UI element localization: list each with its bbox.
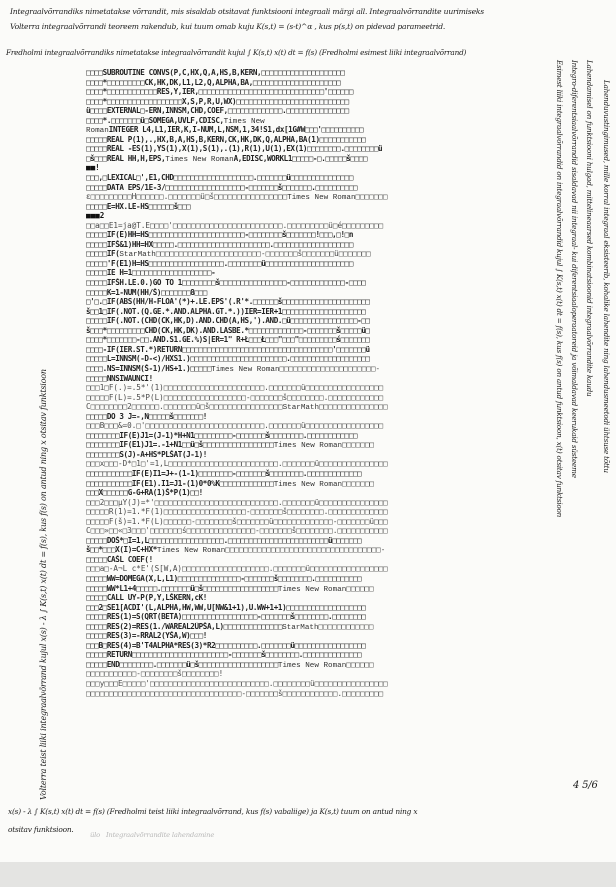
listing-line: □□□,□LEXICAL□',E1,CHD□□□□□□□□□□□□□□□□□□□…: [86, 173, 542, 183]
listing-line: □□□□□IF(StarMath□□□□□□□□□□□□□□□□□□□□□□□-…: [86, 249, 542, 259]
listing-line: □□□2□SE1[ACDI'(L,ALPHA,HW,WW,U[NW&1+1),U…: [86, 603, 542, 613]
listing-line: □□□□*□□□□□□□□□CK,HK,DK,L1,L2,Q,ALPHA,BA,…: [86, 78, 542, 88]
listing-line: š□□*□□□X(I)=C+HX*Times New Roman□□□□□□□□…: [86, 545, 542, 555]
listing-line: □□□□□REAL -ES(1),YS(1),X(1),S(1),.(1),R(…: [86, 144, 542, 154]
listing-line: □□□□*.□□□□□□□ü□SOMEGA,UVLF,CDISC,Times N…: [86, 116, 542, 126]
footer-page-marks: ülo: [90, 831, 100, 839]
listing-line: □□□□□L=INNSM(-D-<)/HXS1.)□□□□□□□□□□□□□□□…: [86, 354, 542, 364]
listing-line: □□□□□DATA EPS/1E-3/□□□□□□□□□□□□□□□□□□□-□…: [86, 183, 542, 193]
corner-mark: 4 5/6: [573, 781, 598, 791]
listing-line: □'□.□IF(ABS(HH/H-FLOA'(*)+.LE.EPS'(.R'*.…: [86, 297, 542, 307]
listing-line: □□□y□□□E□□□□□'□□□□□□□□□□□□□□□□□□□□□□□□□□…: [86, 679, 542, 689]
listing-line: □□□□*□□□□□□□-□□.AND.S1.GE.%)S|ER=1" R+Ł□…: [86, 335, 542, 345]
left-margin-note: Volterra teist liiki integraalvõrrand ku…: [40, 369, 48, 800]
listing-line: □□□□□F(L)=.5*P(L)□□□□□□□□□□□□□□□□□□-□□□□…: [86, 393, 542, 403]
listing-line: □□□1□F(.)=.5*'(1)□□□□□□□□□□□□□□□□□□□□□□.…: [86, 383, 542, 393]
listing-line: □□□B□□□&=0.□'□□□□□□□□□□□□□□□□□□□□□□□□□□.…: [86, 421, 542, 431]
listing-line: □□□□□CAŠL COEF(!: [86, 555, 542, 565]
listing-line: □□□□□F(š)=1.*F(L)□□□□□□-□□□□□□□□š□□□□□□□…: [86, 517, 542, 527]
listing-line: □□□□□□□□□□□-□□□□□□□□š□□□□□□□□!: [86, 669, 542, 679]
listing-line: ■■!: [86, 163, 542, 173]
scanned-page: Integraalvõrrandiks nimetatakse võrrandi…: [0, 0, 616, 862]
listing-line: □□□□□E=HX.LE-HS□□□□□□š□□□: [86, 202, 542, 212]
faint-footer-text: ülo Integraalvõrrandite lahendamine: [90, 832, 214, 839]
listing-line: š□□1□IF(.NOT.(Q.GE.*.AND.ALPHA.GT.*.))IE…: [86, 307, 542, 317]
listing-line: □□□a□-A¬L c*E'(S[W,A)□□□□□□□□□□□□□□□□□□□…: [86, 564, 542, 574]
handwritten-note-top-2: Volterra integraalvõrrandi teoreem raken…: [10, 23, 445, 31]
footer-faint-title: Integraalvõrrandite lahendamine: [106, 831, 214, 839]
listing-line: □š□□□REAL HH,H,EPS,Times New RomanA,EDIS…: [86, 154, 542, 164]
right-margin-note-3: Lahendamisel on funktsiooni hulgad, mitt…: [586, 60, 593, 396]
listing-line: □□□B□RES(4)=B'T4ALPHA*RES(3)*R2□□□□□□□□□…: [86, 641, 542, 651]
listing-line: ε□□□□□□□□□H□□□□□□.□□□□□□□ü□š□□□□□□□□□□□□…: [86, 192, 542, 202]
listing-line: C□□□□□□□□2□□□□□□.□□□□□□□ü□š□□□□□□□□□□□□□…: [86, 402, 542, 412]
listing-line: □□□□□NNSIWAUNCI!: [86, 374, 542, 384]
handwritten-note-bottom-1: x(s) - λ ∫ K(s,t) x(t) dt = f(s) (Fredho…: [8, 808, 417, 815]
listing-line: □□□X□□□□□□G-G+RA(1)Š*P(1)□□!: [86, 488, 542, 498]
listing-line: □□□□□RES(3)=-RRAL2(YŠA,W)□□□!: [86, 631, 542, 641]
listing-line: □□□□□□□□IF(E1)J1=.-1+N1□□ü□š□□□□□□□□□□□□…: [86, 440, 542, 450]
listing-line: □□□□□DOŠ*□I=1,L□□□□□□□□□□□□□□□□□□.□□□□□□…: [86, 536, 542, 546]
listing-line: RomanINTEGER L4,L1,IER,K,I-NUM,L,NSM,1,3…: [86, 125, 542, 135]
listing-line: □□□□□□□□□□□□□□□□□□□□□□□□□□□□□□□□□□-□□□□□…: [86, 689, 542, 699]
right-margin-note-2: Integro-diferentsiaalvõrrandid sisaldava…: [571, 60, 578, 478]
handwritten-note-top-1: Integraalvõrrandiks nimetatakse võrrandi…: [10, 8, 484, 16]
listing-line: ü□□□□EXTERNAL□-ERN,INNSM,CHD,COEF,□□□□□□…: [86, 106, 542, 116]
listing-line: □□□□□□□□□□□IF(E1).I1=J1-(1)0*0%K□□□□□□□□…: [86, 479, 542, 489]
listing-line: š□□□*□□□□□□□□□CHD(CK,HK,DK).AND.LASBE.*□…: [86, 326, 542, 336]
listing-line: □□□□□REAL P(1),.,HX,B,A,HS,B,KERN,CK,HK,…: [86, 135, 542, 145]
listing-line: □□□□□K=1-NUM(HH/Š)□□□□□□□8□□□: [86, 288, 542, 298]
listing-line: □□□□□IE H=1□□□□□□□□□□□□□□□□□□□-: [86, 268, 542, 278]
listing-line: □□□□□WW=DOMEGA(X,L,L1)□□□□□□□□□□□□□□□-□□…: [86, 574, 542, 584]
listing-line: □□□x□□□-D*□1□'=1,L□□□□□□□□□□□□□□□□□□□□□□…: [86, 459, 542, 469]
listing-line: □□□□□END□□□□□□□□.□□□□□□□ü□š□□□□□□□□□□□□□…: [86, 660, 542, 670]
listing-line: □□□□□WW*L1+4□□□□□.□□□□□□□ü□š□□□□□□□□□□□□…: [86, 584, 542, 594]
listing-line: □□□□SUBROUTINE CONVS(P,C,HX,Q,A,HS,B,KER…: [86, 68, 542, 78]
listing-line: □□□□.NS=INNSM(Š-1)/HS+1.)□□□□□Times New …: [86, 364, 542, 374]
listing-line: □□□□□□□□S(J)-A+HS*PLŠAT(J-1)!: [86, 450, 542, 460]
listing-line: □□□□□R(1)=1.*F(1)□□□□□□□□□□□□□□□□□□-□□□□…: [86, 507, 542, 517]
listing-line: □□□□□□□□□□□IF(E)I1=J+-(1-1)□□□□□□□□-□□□□…: [86, 469, 542, 479]
listing-line: C□□□»□□«□3□□□'□□□□□□□ś□□□□□□□□□□□□□□□-□□…: [86, 526, 542, 536]
handwritten-note-bottom-2: otsitav funktsioon.: [8, 826, 74, 833]
listing-line: □□□□*□□□□□□□□□□□□□□□□□□X,S,P,R,U,WX)□□□□…: [86, 97, 542, 107]
listing-line: □□□□□RETURN□□□□□□□□□□□□□□□□□□□□□□□-□□□□□…: [86, 650, 542, 660]
listing-line: □□□2□□□μY(J)=*'□□□□□□□□□□□□□□□□□□□□□□□□□…: [86, 498, 542, 508]
listing-line: □□□□*□□□□□□□□□□□□RES,Y,IER,□□□□□□□□□□□□□…: [86, 87, 542, 97]
right-margin-note-1: Esimest liiki integraalvõrrandid on inte…: [556, 60, 563, 517]
listing-line: □□□□□□□□IF(E)J1=(J-1)*H+N1□□□□□□□□□-□□□□…: [86, 431, 542, 441]
listing-line: ■■■2: [86, 211, 542, 221]
code-listing: □□□□SUBROUTINE CONVS(P,C,HX,Q,A,HS,B,KER…: [86, 68, 542, 698]
listing-line: □□□□□DO 3 J=-,N□□□□□š□□□□□□□!: [86, 412, 542, 422]
listing-line: □□□□□IF(E)HH=HS□□□□□□□□□□□□□□□□□□□□□□□-□…: [86, 230, 542, 240]
listing-line: □□□□□RES(2)=RES(1./WAREAL2ŪPŠA,L)□□□□□□□…: [86, 622, 542, 632]
listing-line: □□□□□IF(.NOT.(CHD(CK,HK,D).AND.CHD(A,HS,…: [86, 316, 542, 326]
right-margin-note-4: Lahenduvustingimused, mille korral integ…: [603, 80, 610, 473]
listing-line: □□□□□'F(E1)H=HS□□□□□□□□□□□□□□□□□□.□□□□□□…: [86, 259, 542, 269]
listing-line: □□□□-IF(IER.ST.*)RETURN□□□□□□□□□□□□□□□□□…: [86, 345, 542, 355]
listing-line: □□a□□E1=ja@T.E□□□□'□□□□□□□□□□□□□□□□□□□□□…: [86, 221, 542, 231]
listing-line: □□□□□RES(1)=S(QRT(BETA)□□□□□□□□□□□□□□□□□…: [86, 612, 542, 622]
listing-line: □□□□□IFŠ&1)HH=HX□□□□□.□□□□□□□□□□□□□□□□□□…: [86, 240, 542, 250]
listing-line: □□□□□IFŠH.LE.0.)GO TO 1□□□□□□□□š□□□□□□□□…: [86, 278, 542, 288]
scan-edge: [0, 862, 616, 887]
handwritten-note-top-3: Fredholmi integraalvõrrandiks nimetataks…: [6, 49, 466, 56]
listing-line: □□□□□CALL UY-P(P,Y,LŠKERN,cK!: [86, 593, 542, 603]
